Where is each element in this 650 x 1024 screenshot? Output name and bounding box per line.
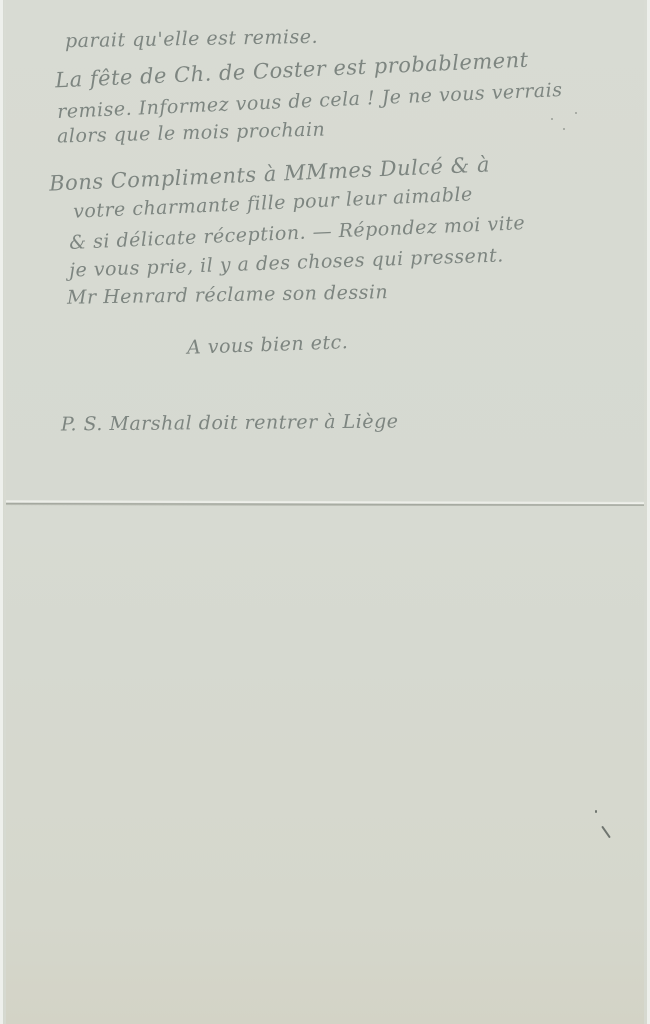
paper-speck: [595, 810, 597, 813]
letter-line-1: parait qu'elle est remise.: [65, 26, 318, 52]
letter-sheet: parait qu'elle est remise. La fête de Ch…: [0, 0, 650, 1024]
letter-lower-half-blank: [6, 506, 644, 1024]
paper-speck: [551, 118, 553, 120]
letter-postscript: P. S. Marshal doit rentrer à Liège: [61, 411, 399, 436]
paper-speck: [563, 128, 565, 130]
paper-speck: [575, 112, 577, 114]
